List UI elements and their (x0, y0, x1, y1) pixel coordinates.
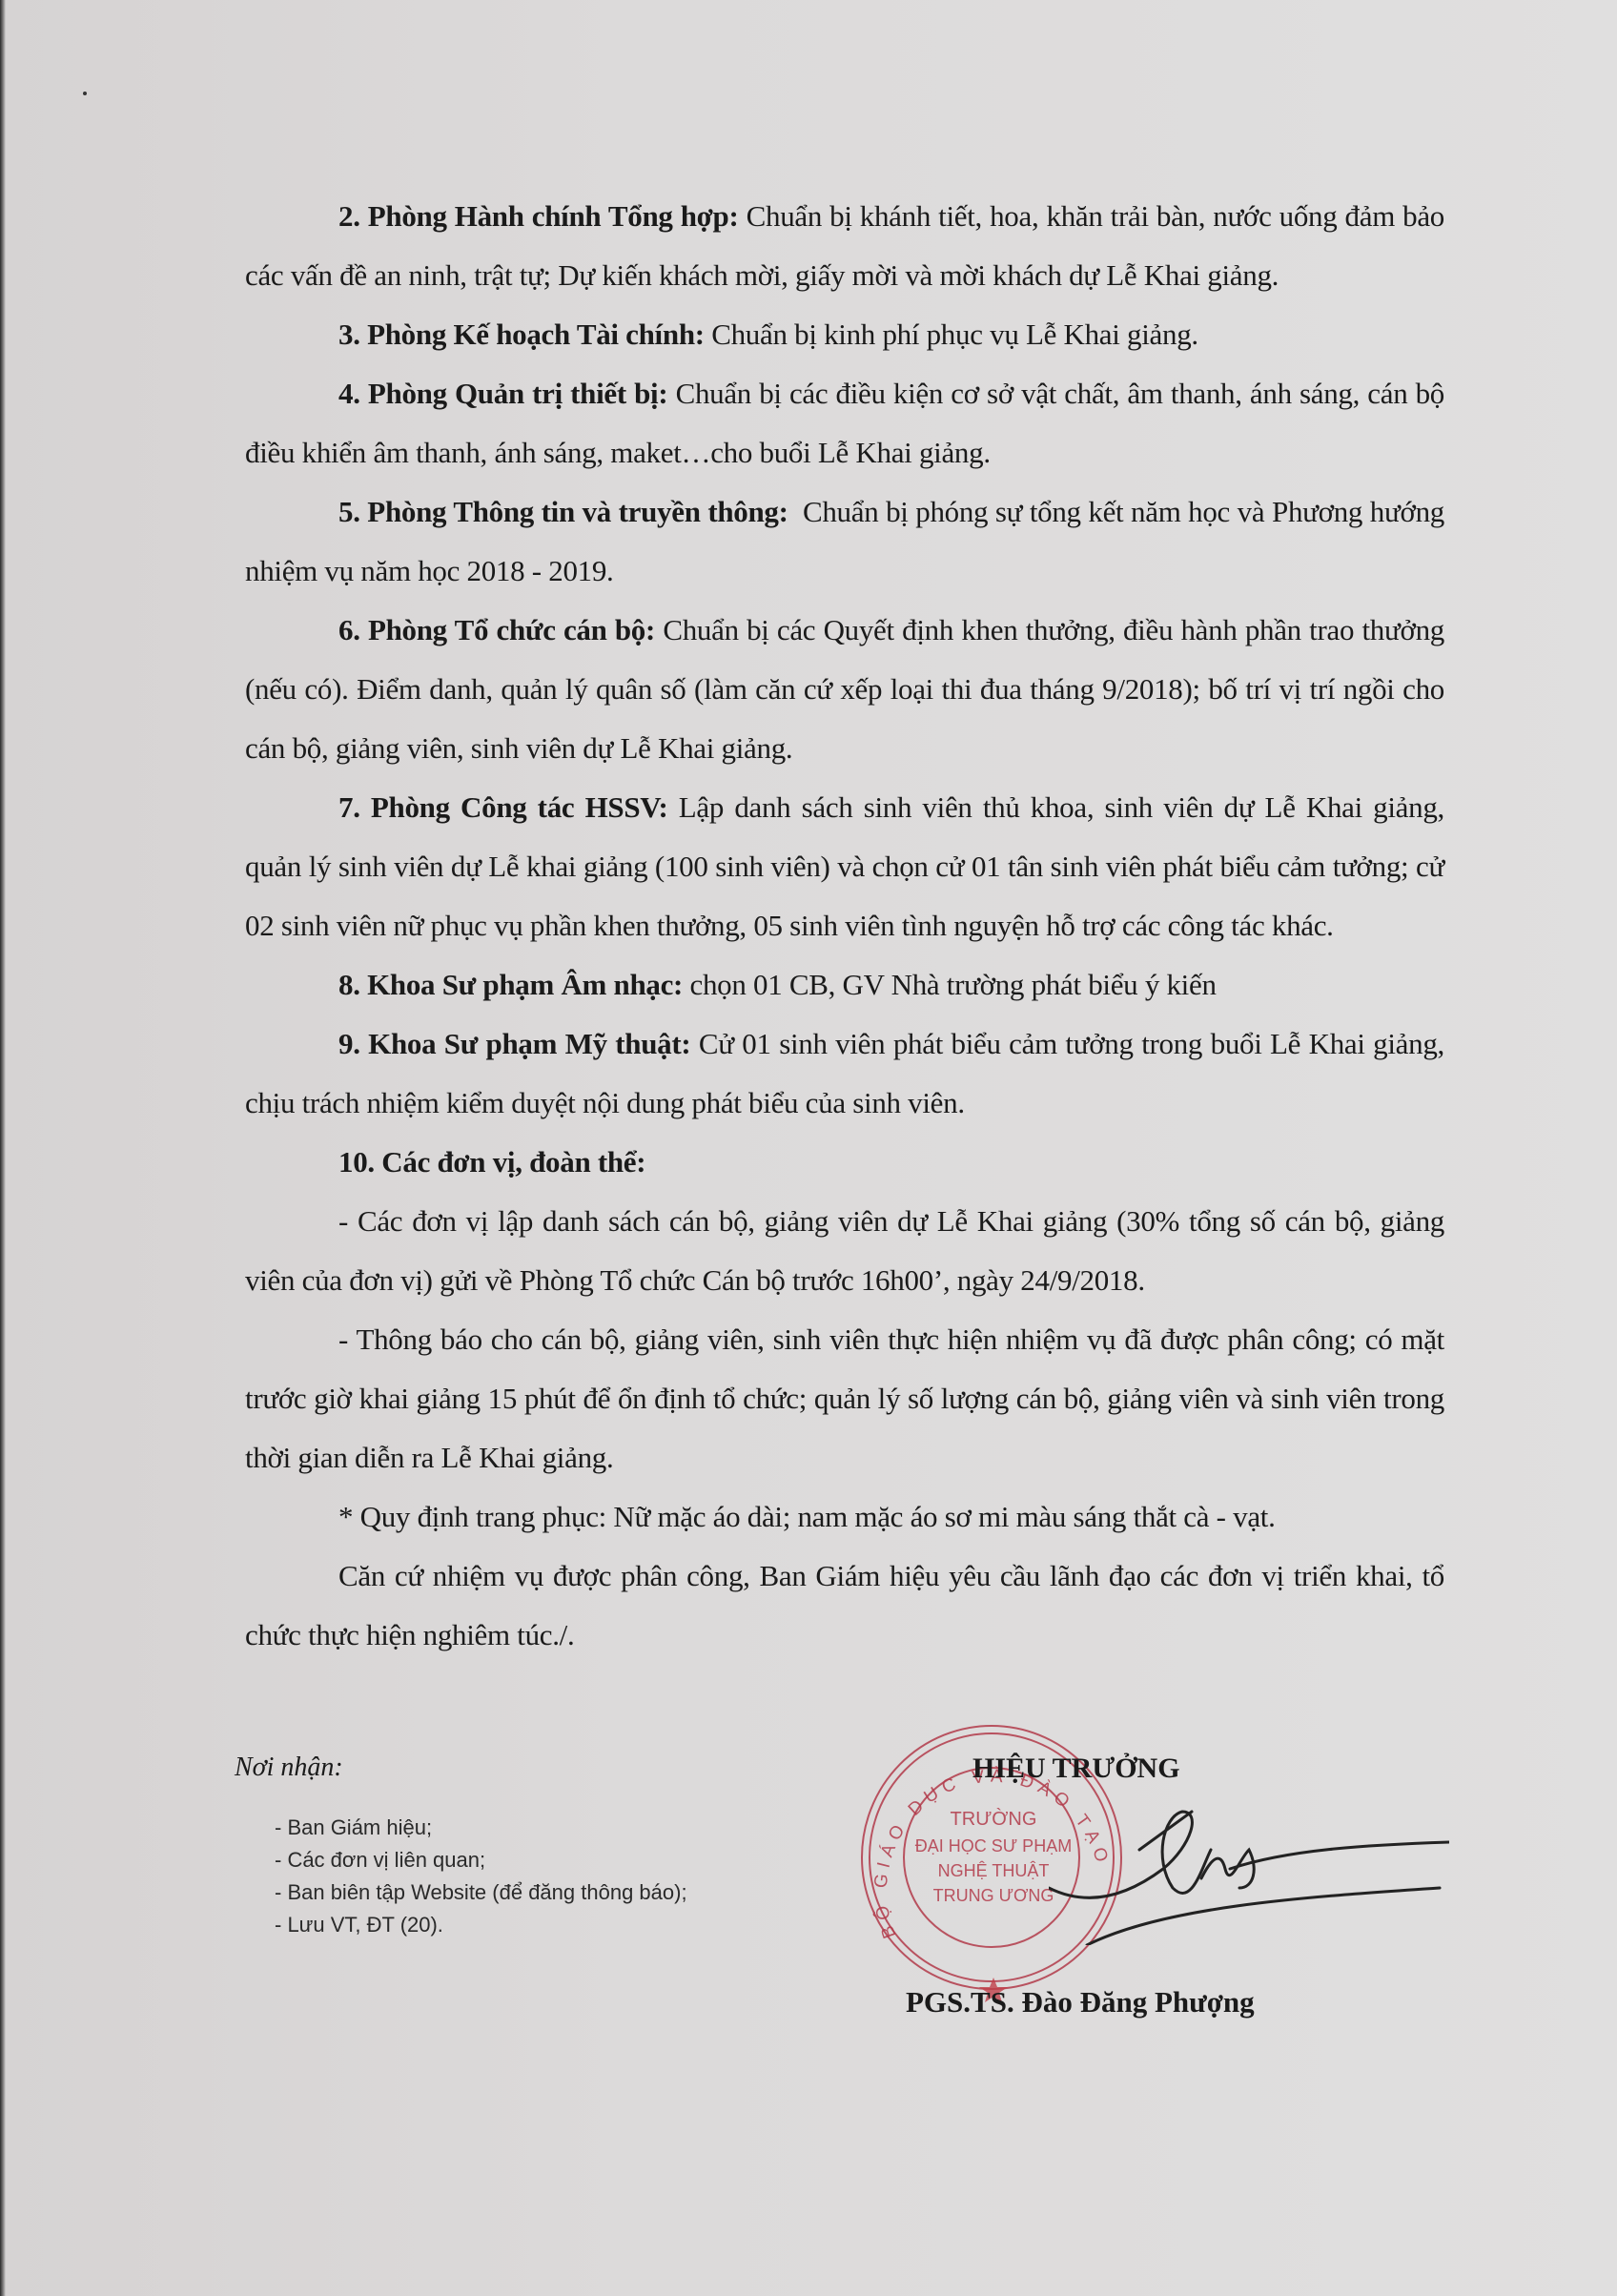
page-edge-shadow (0, 0, 6, 2296)
recipient-item: - Ban Giám hiệu; (275, 1812, 687, 1844)
signatory-name: PGS.TS. Đào Đăng Phượng (906, 1985, 1255, 2019)
recipient-item: - Ban biên tập Website (để đăng thông bá… (275, 1876, 687, 1909)
signatory-title: HIỆU TRƯỞNG (972, 1753, 1180, 1785)
document-footer: Nơi nhận: - Ban Giám hiệu; - Các đơn vị … (235, 1753, 1569, 2058)
section-10-item: - Thông báo cho cán bộ, giảng viên, sinh… (245, 1310, 1444, 1487)
paragraph-item-5: 5. Phòng Thông tin và truyền thông: Chuẩ… (245, 482, 1444, 601)
document-body: 2. Phòng Hành chính Tổng hợp: Chuẩn bị k… (245, 187, 1444, 1665)
paragraph-item-6: 6. Phòng Tổ chức cán bộ: Chuẩn bị các Qu… (245, 601, 1444, 778)
paragraph-item-7: 7. Phòng Công tác HSSV: Lập danh sách si… (245, 778, 1444, 955)
dress-code-note: * Quy định trang phục: Nữ mặc áo dài; na… (245, 1487, 1444, 1547)
paragraph-item-8: 8. Khoa Sư phạm Âm nhạc: chọn 01 CB, GV … (245, 955, 1444, 1015)
paragraph-item-2: 2. Phòng Hành chính Tổng hợp: Chuẩn bị k… (245, 187, 1444, 305)
paragraph-item-3: 3. Phòng Kế hoạch Tài chính: Chuẩn bị ki… (245, 305, 1444, 364)
paragraph-item-9: 9. Khoa Sư phạm Mỹ thuật: Cử 01 sinh viê… (245, 1015, 1444, 1133)
section-10-title: 10. Các đơn vị, đoàn thể: (245, 1133, 1444, 1192)
closing-paragraph: Căn cứ nhiệm vụ được phân công, Ban Giám… (245, 1547, 1444, 1665)
recipients-list: - Ban Giám hiệu; - Các đơn vị liên quan;… (275, 1812, 687, 1941)
paragraph-item-4: 4. Phòng Quản trị thiết bị: Chuẩn bị các… (245, 364, 1444, 482)
section-10-item: - Các đơn vị lập danh sách cán bộ, giảng… (245, 1192, 1444, 1310)
recipient-item: - Các đơn vị liên quan; (275, 1844, 687, 1876)
recipients-title: Nơi nhận: (235, 1753, 343, 1783)
paper-speck (83, 92, 87, 95)
recipient-item: - Lưu VT, ĐT (20). (275, 1909, 687, 1941)
